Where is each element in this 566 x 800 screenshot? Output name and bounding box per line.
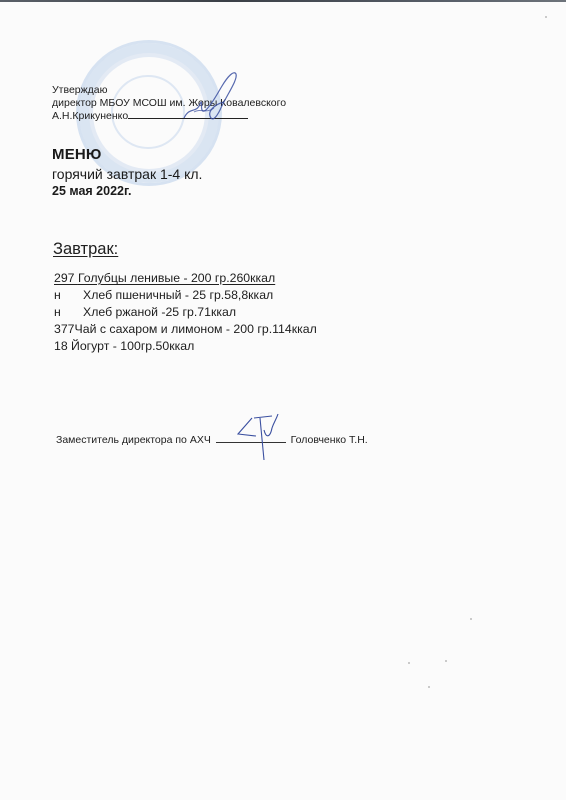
scan-speck bbox=[545, 16, 547, 18]
section-title-breakfast: Завтрак: bbox=[53, 240, 118, 259]
approval-signer-name: А.Н.Крикуненко bbox=[52, 110, 128, 122]
menu-item: 297 Голубцы ленивые - 200 гр.260ккал bbox=[54, 270, 317, 287]
menu-item-code: н bbox=[54, 304, 83, 321]
menu-item: 18Йогурт - 100гр.50ккал bbox=[54, 338, 317, 355]
footer-signature-line bbox=[216, 433, 286, 443]
scan-speck bbox=[408, 662, 410, 664]
scan-top-edge bbox=[0, 0, 566, 2]
menu-item: нХлеб ржаной -25 гр.71ккал bbox=[54, 304, 317, 321]
menu-list: 297 Голубцы ленивые - 200 гр.260ккал нХл… bbox=[54, 270, 317, 355]
menu-item-text: Голубцы ленивые - 200 гр.260ккал bbox=[78, 270, 275, 287]
menu-item: нХлеб пшеничный - 25 гр.58,8ккал bbox=[54, 287, 317, 304]
footer-signature-block: Заместитель директора по АХЧ Головченко … bbox=[56, 433, 368, 446]
approval-position: директор МБОУ МСОШ им. Жоры Ковалевского bbox=[52, 97, 286, 110]
menu-item-text: Чай с сахаром и лимоном - 200 гр.114ккал bbox=[75, 321, 317, 338]
menu-item-text: Хлеб ржаной -25 гр.71ккал bbox=[83, 304, 236, 321]
menu-date: 25 мая 2022г. bbox=[52, 184, 131, 198]
menu-item-text: Хлеб пшеничный - 25 гр.58,8ккал bbox=[83, 287, 273, 304]
signature-line bbox=[128, 109, 248, 119]
approval-signer: А.Н.Крикуненко bbox=[52, 109, 286, 123]
footer-name: Головченко Т.Н. bbox=[291, 434, 368, 446]
menu-subtitle: горячий завтрак 1-4 кл. bbox=[52, 166, 202, 182]
scan-speck bbox=[470, 618, 472, 620]
menu-item-code: 18 bbox=[54, 338, 71, 355]
menu-item: 377Чай с сахаром и лимоном - 200 гр.114к… bbox=[54, 321, 317, 338]
footer-position: Заместитель директора по АХЧ bbox=[56, 434, 211, 446]
menu-item-text: Йогурт - 100гр.50ккал bbox=[71, 338, 194, 355]
menu-item-code: н bbox=[54, 287, 83, 304]
menu-item-code: 297 bbox=[54, 270, 78, 287]
page-title: МЕНЮ bbox=[52, 146, 102, 163]
approval-block: Утверждаю директор МБОУ МСОШ им. Жоры Ко… bbox=[52, 84, 286, 123]
approval-label: Утверждаю bbox=[52, 84, 286, 97]
menu-item-code: 377 bbox=[54, 321, 75, 338]
scan-speck bbox=[428, 686, 430, 688]
scan-speck bbox=[445, 660, 447, 662]
